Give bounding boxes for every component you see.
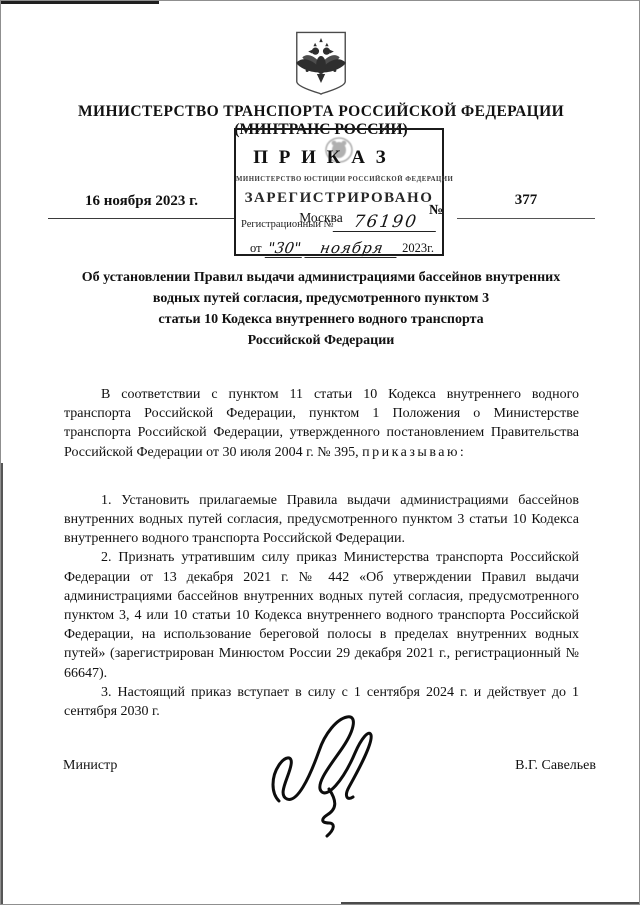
number-sign: № xyxy=(429,203,443,219)
document-place: Москва xyxy=(1,210,640,226)
scan-border-artifact xyxy=(341,902,639,904)
preamble-text: В соответствии с пунктом 11 статьи 10 Ко… xyxy=(64,387,579,460)
stamp-date-month-handwritten: ноября xyxy=(305,240,400,258)
stamp-authority-line: МИНИСТЕРСТВО ЮСТИЦИИ РОССИЙСКОЙ ФЕДЕРАЦИ… xyxy=(236,176,442,183)
document-page: МИНИСТЕРСТВО ТРАНСПОРТА РОССИЙСКОЙ ФЕДЕР… xyxy=(0,0,640,905)
signer-position: Министр xyxy=(63,758,117,774)
order-title-line: Об установлении Правил выдачи администра… xyxy=(41,267,601,288)
order-title: Об установлении Правил выдачи администра… xyxy=(41,267,601,351)
handwritten-signature xyxy=(263,703,378,838)
scan-border-artifact xyxy=(1,463,3,904)
stamp-date-prefix: от xyxy=(250,241,262,258)
document-number: 377 xyxy=(457,192,595,209)
ministry-name: МИНИСТЕРСТВО ТРАНСПОРТА РОССИЙСКОЙ ФЕДЕР… xyxy=(1,103,640,121)
stamp-registered-label: ЗАРЕГИСТРИРОВАНО xyxy=(236,190,442,207)
order-verb-emphasis: приказываю: xyxy=(362,445,466,460)
order-body: В соответствии с пунктом 11 статьи 10 Ко… xyxy=(64,385,579,721)
preamble-paragraph: В соответствии с пунктом 11 статьи 10 Ко… xyxy=(64,385,579,462)
russian-coat-of-arms-icon xyxy=(285,29,357,101)
stamp-date-line: от "30" ноября 2023г. xyxy=(250,240,434,258)
order-paragraph-2: 2. Признать утратившим силу приказ Минис… xyxy=(64,548,579,682)
stamp-date-day-handwritten: "30" xyxy=(264,240,303,258)
stamp-coat-of-arms-icon xyxy=(322,135,356,165)
registration-stamp: МИНИСТЕРСТВО ЮСТИЦИИ РОССИЙСКОЙ ФЕДЕРАЦИ… xyxy=(234,128,444,256)
order-title-line: Российской Федерации xyxy=(41,330,601,351)
scan-border-artifact xyxy=(1,1,159,4)
signer-name: В.Г. Савельев xyxy=(401,758,596,774)
order-paragraph-1: 1. Установить прилагаемые Правила выдачи… xyxy=(64,491,579,549)
document-date: 16 ноября 2023 г. xyxy=(49,193,234,210)
stamp-date-year: 2023г. xyxy=(402,241,434,258)
order-title-line: водных путей согласия, предусмотренного … xyxy=(41,288,601,309)
order-title-line: статьи 10 Кодекса внутреннего водного тр… xyxy=(41,309,601,330)
